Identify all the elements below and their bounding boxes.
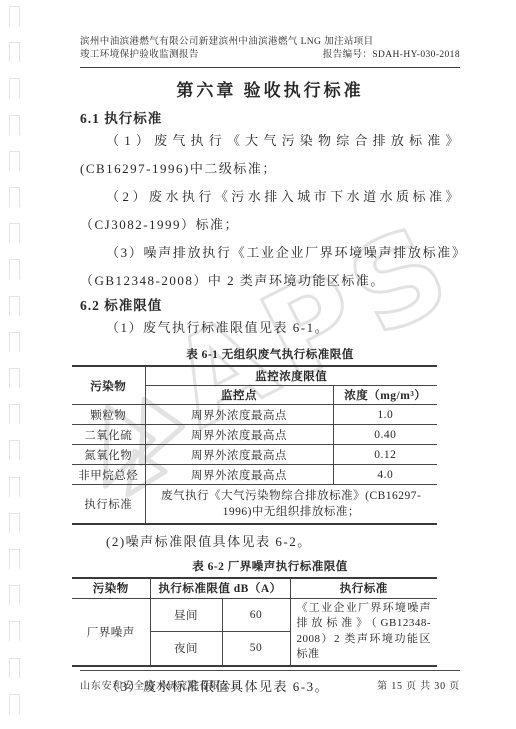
table-6-1: 污染物 监控浓度限值 监控点 浓度（mg/m³） 颗粒物 周界外浓度最高点 1.… (72, 365, 437, 525)
binding-hole-mark (9, 6, 20, 26)
nighttime-label-cell: 夜间 (150, 632, 222, 666)
table-row: 厂界噪声 昼间 60 《工业企业厂界环境噪声排放标准》（GB12348-2008… (72, 598, 437, 632)
limit-group-header-cell: 监控浓度限值 (145, 366, 437, 386)
section-6-1-item-3: （3）噪声排放执行《工业企业厂界环境噪声排放标准》（GB12348-2008）中… (80, 239, 460, 295)
page-footer: 山东安和安全技术研究院有限公司 第 15 页 共 30 页 (80, 670, 460, 692)
binding-hole-mark (9, 259, 20, 279)
pollutant-cell: 氮氧化物 (72, 445, 145, 465)
header-project-title: 滨州中油滨港燃气有限公司新建滨州中油滨港燃气 LNG 加注站项目 (80, 36, 460, 49)
footer-page-number: 第 15 页 共 30 页 (377, 677, 460, 692)
section-6-2-heading: 6.2 标准限值 (80, 297, 460, 314)
table-6-1-caption: 表 6-1 无组织废气执行标准限值 (80, 348, 460, 363)
header-report-number: 报告编号：SDAH-HY-030-2018 (323, 49, 460, 62)
concentration-cell: 4.0 (333, 465, 437, 485)
gas-limit-intro: （1）废气执行标准限值见表 6-1。 (80, 314, 460, 342)
binding-hole-mark (9, 223, 20, 243)
chapter-title: 第六章 验收执行标准 (80, 76, 460, 101)
table-header-row: 污染物 执行标准限值 dB（A） 执行标准 (72, 578, 437, 598)
table-standard-row: 执行标准 废气执行《大气污染物综合排放标准》(CB16297-1996)中无组织… (72, 485, 437, 525)
standard-text-cell: 废气执行《大气污染物综合排放标准》(CB16297-1996)中无组织排放标准； (145, 485, 437, 525)
table-row: 二氧化硫 周界外浓度最高点 0.40 (72, 425, 437, 445)
pollutant-cell: 二氧化硫 (72, 425, 145, 445)
section-6-1-item-2: （2）废水执行《污水排入城市下水道水质标准》（CJ3082-1999）标准； (80, 183, 460, 239)
concentration-cell: 0.40 (333, 425, 437, 445)
concentration-cell: 0.12 (333, 445, 437, 465)
nighttime-value-cell: 50 (222, 632, 290, 666)
binding-hole-mark (9, 115, 20, 135)
header-report-title: 竣工环境保护验收监测报告 (80, 49, 199, 62)
binding-hole-mark (9, 296, 20, 316)
monitor-point-cell: 周界外浓度最高点 (145, 445, 333, 465)
binding-hole-mark (9, 694, 20, 714)
binding-hole-mark (9, 404, 20, 424)
pollutant-cell: 非甲烷总烃 (72, 465, 145, 485)
binding-hole-mark (9, 658, 20, 678)
binding-hole-mark (9, 332, 20, 352)
table-row: 非甲烷总烃 周界外浓度最高点 4.0 (72, 465, 437, 485)
pollutant-cell: 颗粒物 (72, 405, 145, 425)
page: APS 滨州中油滨港燃气有限公司新建滨州中油滨港燃气 LNG 加注站项目 竣工环… (0, 0, 516, 729)
binding-hole-mark (9, 440, 20, 460)
table-6-2-caption: 表 6-2 厂界噪声执行标准限值 (80, 560, 460, 575)
table-row: 氮氧化物 周界外浓度最高点 0.12 (72, 445, 437, 465)
monitor-point-cell: 周界外浓度最高点 (145, 465, 333, 485)
binding-hole-mark (9, 368, 20, 388)
binding-hole-mark (9, 513, 20, 533)
monitor-point-header-cell: 监控点 (145, 386, 333, 405)
pollutant-header-cell: 污染物 (72, 366, 145, 405)
concentration-header-cell: 浓度（mg/m³） (333, 386, 437, 405)
standard-label-cell: 执行标准 (72, 485, 145, 525)
binding-hole-mark (9, 187, 20, 207)
table-row: 颗粒物 周界外浓度最高点 1.0 (72, 405, 437, 425)
pollutant-header-cell: 污染物 (72, 578, 150, 598)
section-6-1-item-1: （1）废气执行《大气污染物综合排放标准》(CB16297-1996)中二级标准； (80, 127, 460, 183)
page-header: 滨州中油滨港燃气有限公司新建滨州中油滨港燃气 LNG 加注站项目 竣工环境保护验… (80, 36, 460, 68)
table-header-row: 污染物 监控浓度限值 (72, 366, 437, 386)
pollutant-cell: 厂界噪声 (72, 598, 150, 666)
binding-hole-mark (9, 621, 20, 641)
daytime-value-cell: 60 (222, 598, 290, 632)
monitor-point-cell: 周界外浓度最高点 (145, 425, 333, 445)
table-6-2: 污染物 执行标准限值 dB（A） 执行标准 厂界噪声 昼间 60 《工业企业厂界… (72, 577, 437, 667)
limit-header-cell: 执行标准限值 dB（A） (150, 578, 290, 598)
monitor-point-cell: 周界外浓度最高点 (145, 405, 333, 425)
daytime-label-cell: 昼间 (150, 598, 222, 632)
binding-hole-mark (9, 585, 20, 605)
binding-hole-mark (9, 78, 20, 98)
binding-hole-mark (9, 549, 20, 569)
noise-limit-intro: (2)噪声标准限值具体见表 6-2。 (80, 530, 460, 554)
standard-text-cell: 《工业企业厂界环境噪声排放标准》（GB12348-2008）2 类声环境功能区标… (290, 598, 437, 666)
section-6-1-heading: 6.1 执行标准 (80, 110, 460, 127)
footer-company: 山东安和安全技术研究院有限公司 (80, 677, 242, 692)
concentration-cell: 1.0 (333, 405, 437, 425)
binding-hole-mark (9, 477, 20, 497)
standard-header-cell: 执行标准 (290, 578, 437, 598)
binding-hole-mark (9, 42, 20, 62)
binding-hole-mark (9, 151, 20, 171)
